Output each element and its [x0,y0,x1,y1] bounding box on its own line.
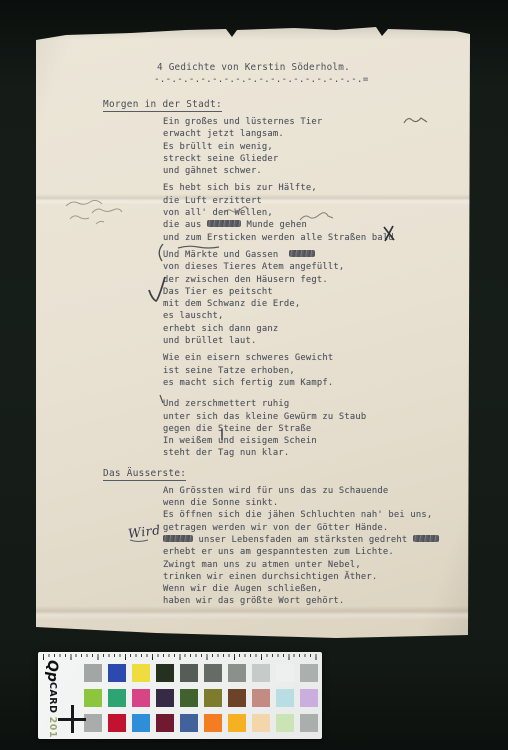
color-patch [276,689,294,707]
poem-line: Wenn wir die Augen schließen, [163,584,470,596]
poem-line: es lauscht, [163,311,470,323]
poem-line: Es öffnen sich die jähen Schluchten nah'… [163,510,470,522]
stanza: Und zerschmettert ruhigunter sich das kl… [36,399,470,460]
scribbled-out-word [207,220,241,227]
poem-line: Zwingt man uns zu atmen unter Nebel, [163,560,470,572]
poem-line: steht der Tag nun klar. [163,448,470,460]
color-patch [204,664,222,682]
color-patch [132,714,150,732]
color-patch [300,664,318,682]
poem-line: und gähnet schwer. [163,166,470,178]
poem-line: von all' den Wellen, [163,208,470,220]
poem-line: erhebt sich dann ganz [163,324,470,336]
scribbled-out-word [413,535,439,542]
color-patch [108,714,126,732]
poem-heading: Das Äusserste: [103,468,186,481]
poem-line: und zum Ersticken werden alle Straßen ba… [163,233,470,245]
poem-line: haben wir das größte Wort gehört. [163,596,470,608]
poem-line: Und Märkte und Gassen [163,250,470,262]
color-patch [84,664,102,682]
poem: Morgen in der Stadt:Ein großes und lüste… [36,86,470,461]
color-patch [132,689,150,707]
poem-line: streckt seine Glieder [163,154,470,166]
document-title: 4 Gedichte von Kerstin Söderholm. [157,62,470,74]
color-patch [156,664,174,682]
qpcard-logo-card: CARD [47,682,58,714]
color-patch [180,689,198,707]
poems-container: Morgen in der Stadt:Ein großes und lüste… [36,86,470,609]
ruler-scale [43,654,317,661]
poem-line: erhebt er uns am gespanntesten zum Licht… [163,547,470,559]
color-patch [84,689,102,707]
color-patch [156,689,174,707]
poem-line: mit dem Schwanz die Erde, [163,299,470,311]
poem-line: Es hebt sich bis zur Hälfte, [163,183,470,195]
typed-divider-line: -.-.-.-.-.-.-.-.-.-.-.-.-.-.-.-.-.-.= [154,74,470,86]
poem-line: es macht sich fertig zum Kampf. [163,378,470,390]
poem-line: von dieses Tieres Atem angefüllt, [163,262,470,274]
color-patch [156,714,174,732]
poem-line: und brüllet laut. [163,336,470,348]
color-patch [180,664,198,682]
color-patch [300,714,318,732]
color-patch [252,689,270,707]
poem-line: Ein großes und lüsternes Tier [163,117,470,129]
color-patch [252,664,270,682]
color-patch [228,664,246,682]
poem-line: die aus Munde gehen [163,220,470,232]
poem-line: der zwischen den Häusern fegt. [163,275,470,287]
stanza: Ein großes und lüsternes Tiererwacht jet… [36,117,470,178]
poem-heading: Morgen in der Stadt: [103,99,222,112]
color-patch-grid [84,664,318,732]
poem-line: gegen die Steine der Straße [163,424,470,436]
poem-line: In weißem und eisigem Schein [163,436,470,448]
scribbled-out-word [289,250,315,257]
manuscript-page: 4 Gedichte von Kerstin Söderholm. -.-.-.… [36,26,470,638]
poem-line: die Luft erzittert [163,196,470,208]
color-patch [204,689,222,707]
poem-line: ist seine Tatze erhoben, [163,366,470,378]
color-patch [300,689,318,707]
qpcard-model-number: 201 [47,717,58,738]
color-patch [132,664,150,682]
poem-line: unser Lebensfaden am stärksten gedreht [163,535,470,547]
color-patch [252,714,270,732]
scribbled-out-word [163,535,193,542]
poem: Das Äusserste:An Grössten wird für uns d… [36,461,470,609]
poem-line: trinken wir einen durchsichtigen Äther. [163,572,470,584]
poem-line: Und zerschmettert ruhig [163,399,470,411]
color-patch [108,689,126,707]
color-patch [84,714,102,732]
qpcard-logo-q: Qp [44,660,60,682]
poem-line: Wie ein eisern schweres Gewicht [163,353,470,365]
poem-line: Das Tier es peitscht [163,287,470,299]
photo-stage: 4 Gedichte von Kerstin Söderholm. -.-.-.… [0,0,508,750]
color-patch [180,714,198,732]
poem-line: An Grössten wird für uns das zu Schauend… [163,486,470,498]
poem-line: erwacht jetzt langsam. [163,129,470,141]
stanza: An Grössten wird für uns das zu Schauend… [36,486,470,609]
poem-line: wenn die Sonne sinkt. [163,498,470,510]
registration-cross-icon [58,705,86,733]
stanza: Und Märkte und Gassen von dieses Tieres … [36,250,470,348]
color-patch [204,714,222,732]
poem-line: unter sich das kleine Gewürm zu Staub [163,412,470,424]
color-patch [276,714,294,732]
stanza: Wie ein eisern schweres Gewichtist seine… [36,353,470,390]
poem-line: getragen werden wir von der Götter Hände… [163,523,470,535]
stanza: Es hebt sich bis zur Hälfte,die Luft erz… [36,183,470,244]
color-patch [276,664,294,682]
color-patch [108,664,126,682]
color-patch [228,689,246,707]
color-patch [228,714,246,732]
poem-line: Es brüllt ein wenig, [163,142,470,154]
